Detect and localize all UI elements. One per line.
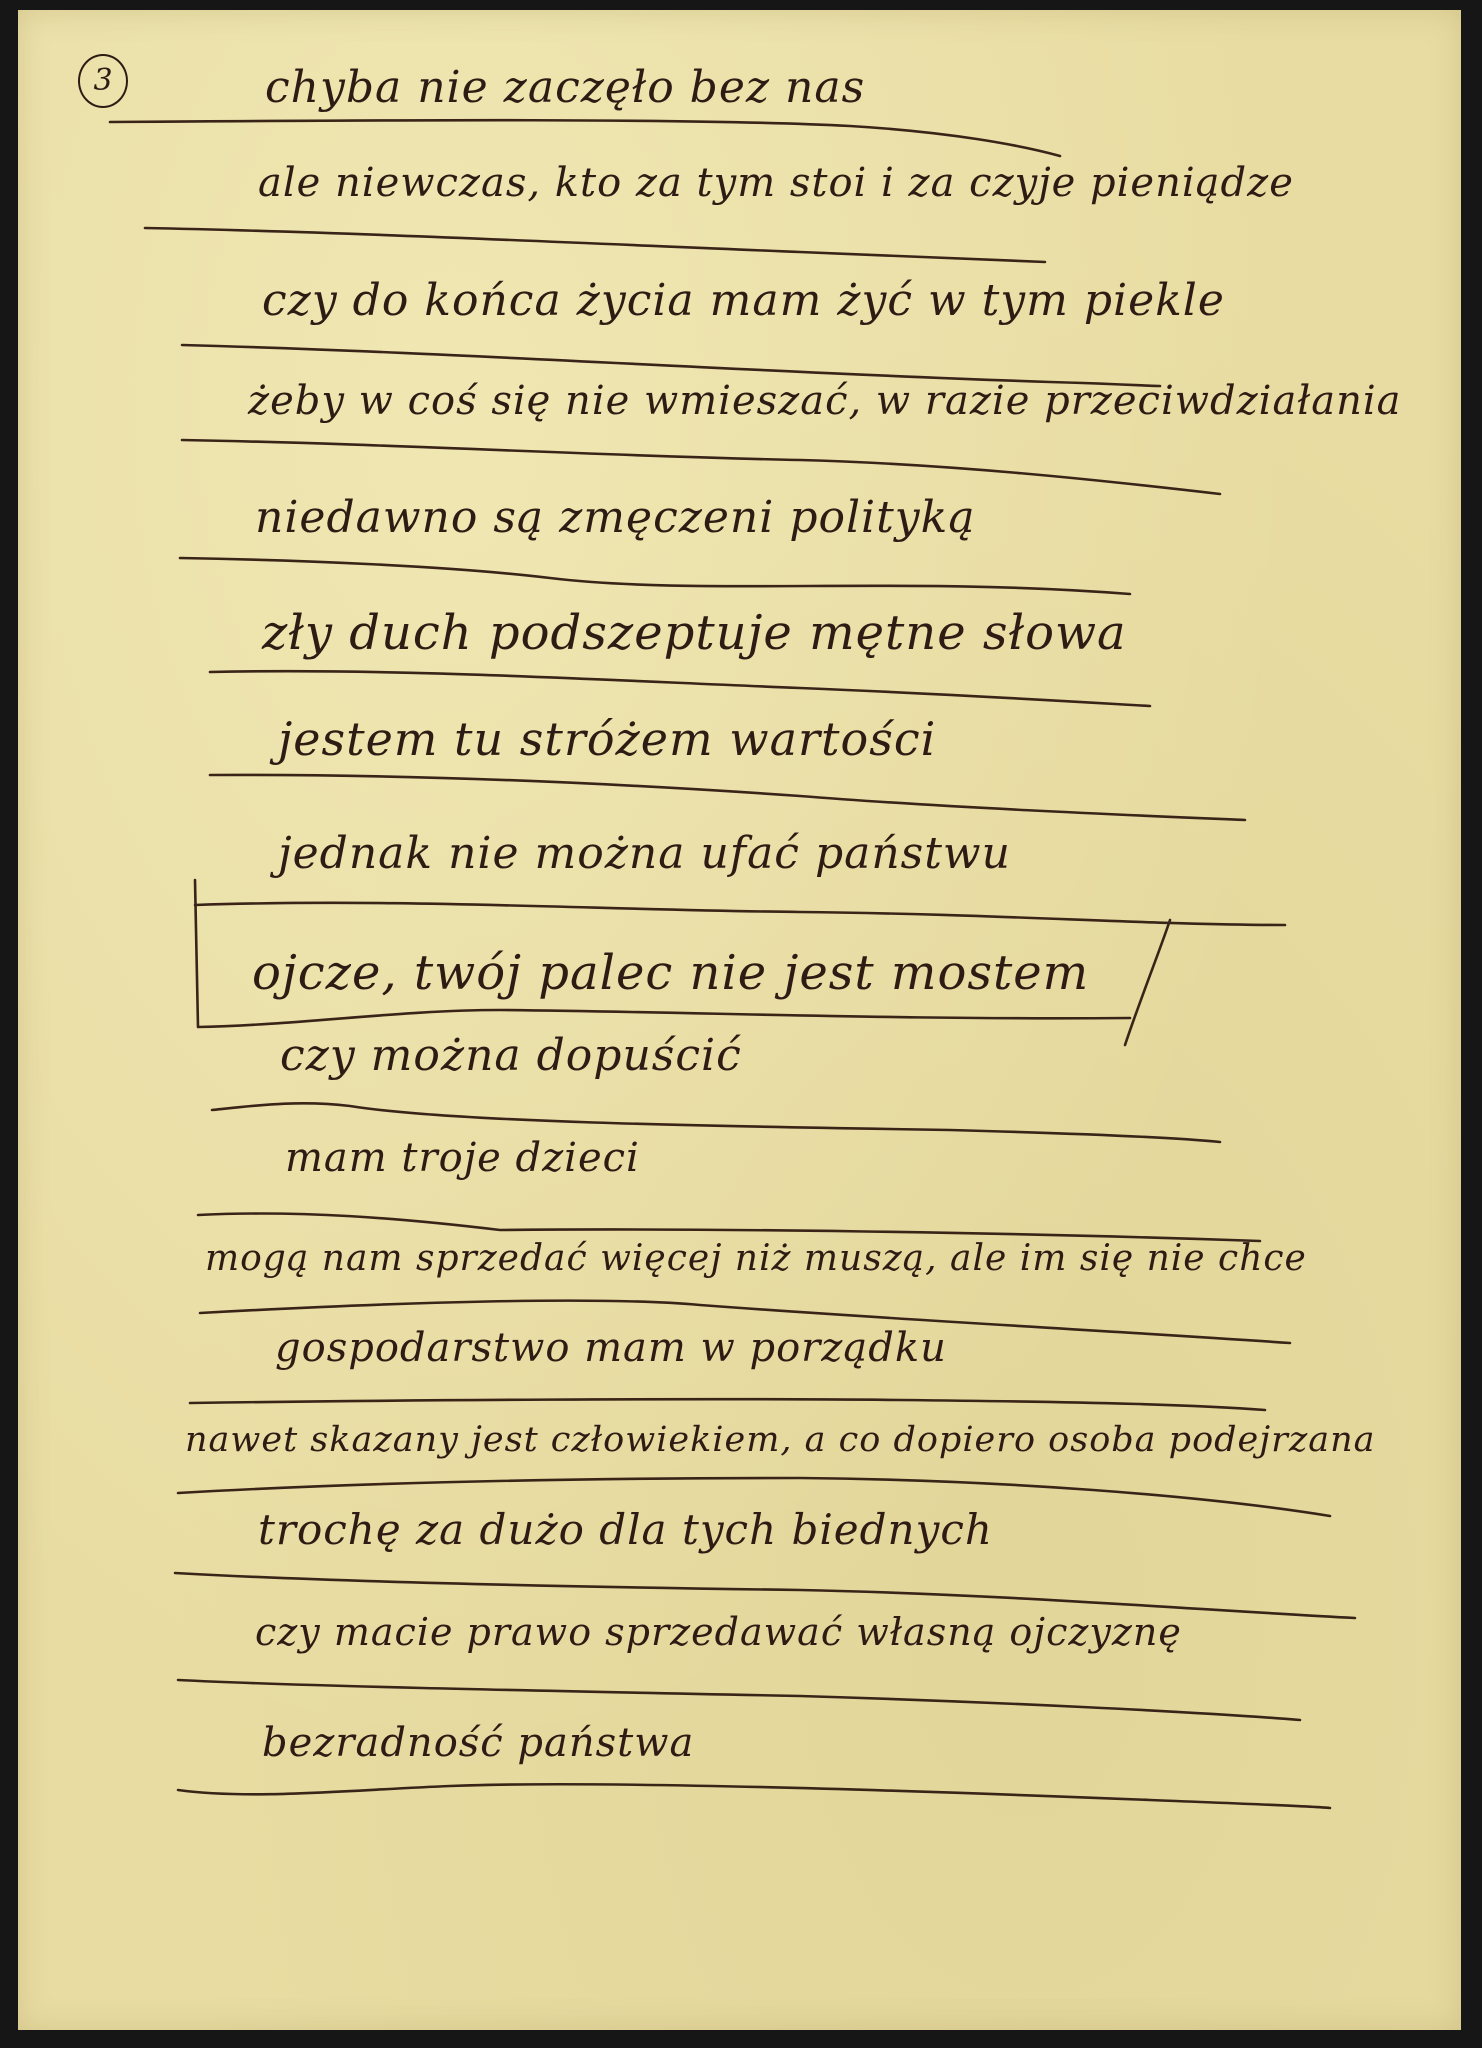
line-16: czy macie prawo sprzedawać własną ojczyz… xyxy=(255,1610,1182,1654)
line-17: bezradność państwa xyxy=(262,1720,694,1766)
line-10: czy można dopuścić xyxy=(280,1030,742,1081)
line-1: chyba nie zaczęło bez nas xyxy=(265,62,865,113)
line-9-boxed: ojcze, twój palec nie jest mostem xyxy=(252,945,1089,1001)
line-12: mogą nam sprzedać więcej niż muszą, ale … xyxy=(205,1238,1307,1279)
line-5: niedawno są zmęczeni polityką xyxy=(255,492,976,543)
line-6: zły duch podszeptuje mętne słowa xyxy=(262,605,1127,661)
line-14: nawet skazany jest człowiekiem, a co dop… xyxy=(185,1420,1376,1460)
line-4: żeby w coś się nie wmieszać, w razie prz… xyxy=(248,378,1402,424)
line-11: mam troje dzieci xyxy=(285,1135,640,1181)
line-13: gospodarstwo mam w porządku xyxy=(275,1325,947,1371)
line-3: czy do końca życia mam żyć w tym piekle xyxy=(262,275,1225,326)
line-15: trochę za dużo dla tych biednych xyxy=(258,1505,993,1554)
line-2: ale niewczas, kto za tym stoi i za czyje… xyxy=(258,160,1294,206)
page-number-circled: 3 xyxy=(78,54,128,108)
line-8: jednak nie można ufać państwu xyxy=(278,828,1011,879)
line-7: jestem tu stróżem wartości xyxy=(278,712,936,766)
